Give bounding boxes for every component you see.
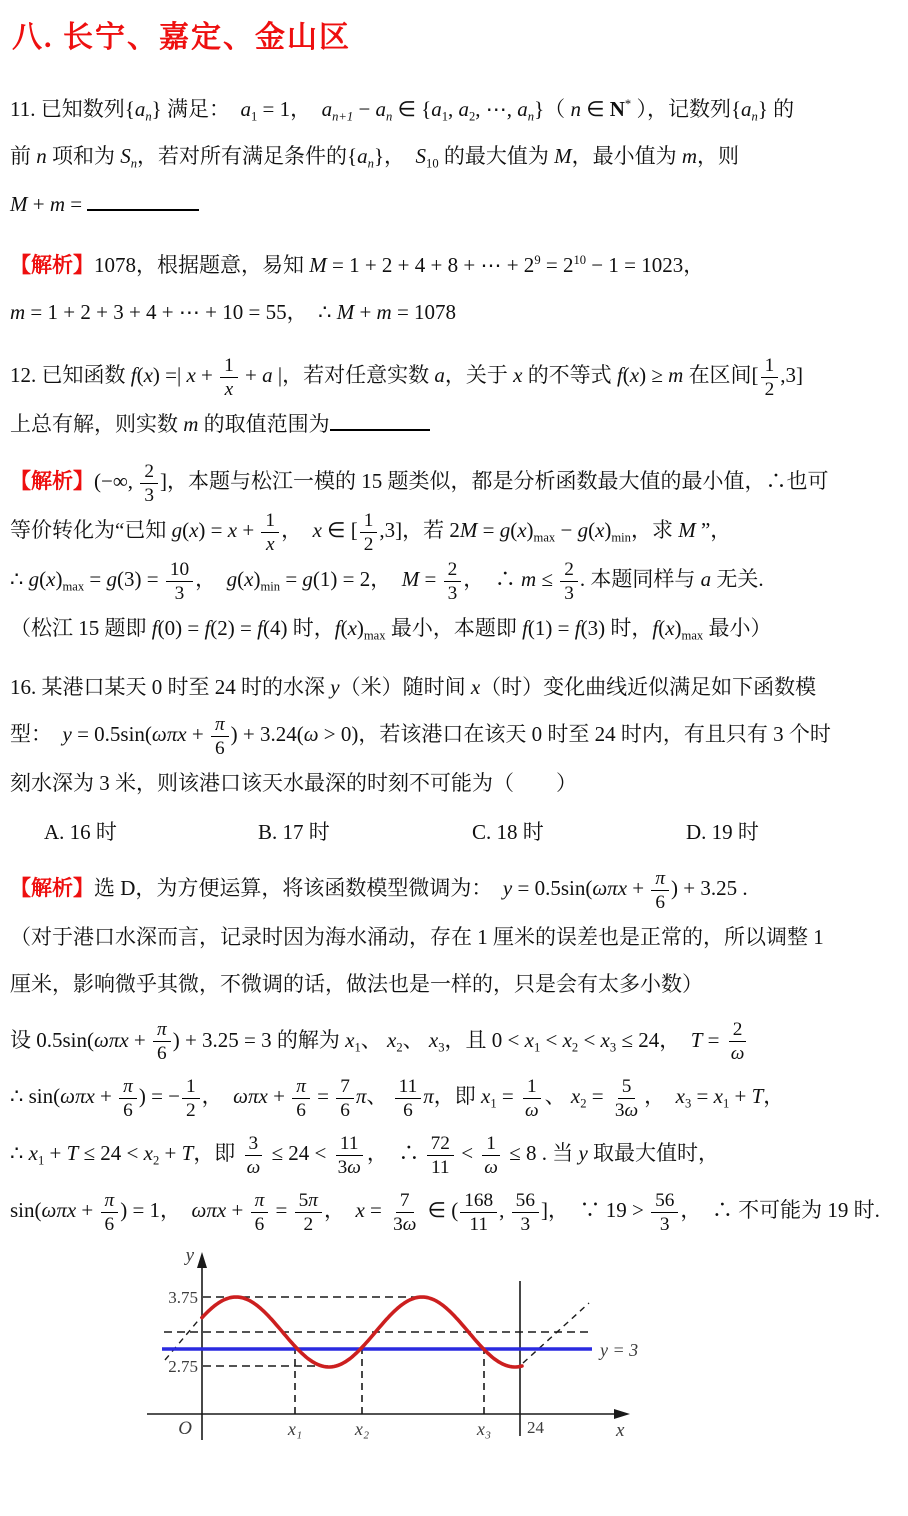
x3-label: x₃ bbox=[476, 1419, 491, 1439]
problem-11: 11. 已知数列{an} 满足： a1 = 1， an+1 − an ∈ {a1… bbox=[10, 86, 900, 228]
solution-12: 【解析】(−∞, 23]，本题与松江一模的 15 题类似，都是分析函数最大值的最… bbox=[10, 458, 900, 652]
ymin-tick-label: 2.75 bbox=[168, 1357, 198, 1376]
option-a: A. 16 时 bbox=[44, 816, 258, 850]
solution-16-step-2: ∴ sin(ωπx + π6) = −12， ωπx + π6 = 76π、 1… bbox=[10, 1073, 900, 1122]
solution-16-step-3: ∴ x1 + T ≤ 24 < x2 + T，即 3ω ≤ 24 < 113ω，… bbox=[10, 1130, 900, 1179]
x-axis-label: x bbox=[615, 1420, 625, 1441]
problem-16-options: A. 16 时 B. 17 时 C. 18 时 D. 19 时 bbox=[10, 816, 900, 850]
x24-label: 24 bbox=[527, 1418, 545, 1437]
page-title: 八. 长宁、嘉定、金山区 bbox=[12, 12, 900, 56]
solution-16-intro: 【解析】选 D，为方便运算，将该函数模型微调为： y = 0.5sin(ωπx … bbox=[10, 865, 900, 1008]
y3-line-label: y = 3 bbox=[598, 1340, 638, 1360]
origin-label: O bbox=[178, 1418, 192, 1439]
water-depth-figure: y 3.75 2.75 O x₁ x₂ x₃ 24 x y = 3 bbox=[102, 1244, 900, 1454]
solution-11: 【解析】1078，根据题意，易知 M = 1 + 2 + 4 + 8 + ⋯ +… bbox=[10, 242, 900, 337]
option-c: C. 18 时 bbox=[472, 816, 686, 850]
option-d: D. 19 时 bbox=[686, 816, 900, 850]
y-axis-label: y bbox=[184, 1245, 195, 1266]
x-axis-arrow-icon bbox=[614, 1409, 630, 1419]
document-page: 八. 长宁、嘉定、金山区 11. 已知数列{an} 满足： a1 = 1， an… bbox=[0, 0, 908, 1516]
ymax-tick-label: 3.75 bbox=[168, 1288, 198, 1307]
problem-12: 12. 已知函数 f(x) =| x + 1x + a |，若对任意实数 a，关… bbox=[10, 352, 900, 448]
x1-label: x₁ bbox=[287, 1419, 302, 1439]
x2-label: x₂ bbox=[354, 1419, 369, 1439]
left-continuation-dash bbox=[165, 1316, 202, 1360]
option-b: B. 17 时 bbox=[258, 816, 472, 850]
problem-16: 16. 某港口某天 0 时至 24 时的水深 y（米）随时间 x（时）变化曲线近… bbox=[10, 664, 900, 807]
solution-16-step-1: 设 0.5sin(ωπx + π6) + 3.25 = 3 的解为 x1、 x2… bbox=[10, 1017, 900, 1066]
right-continuation-dash bbox=[523, 1303, 589, 1363]
solution-16-step-4: sin(ωπx + π6) = 1， ωπx + π6 = 5π2， x = 7… bbox=[10, 1187, 900, 1236]
figure-svg: y 3.75 2.75 O x₁ x₂ x₃ 24 x y = 3 bbox=[102, 1244, 792, 1449]
y-axis-arrow-icon bbox=[197, 1252, 207, 1268]
